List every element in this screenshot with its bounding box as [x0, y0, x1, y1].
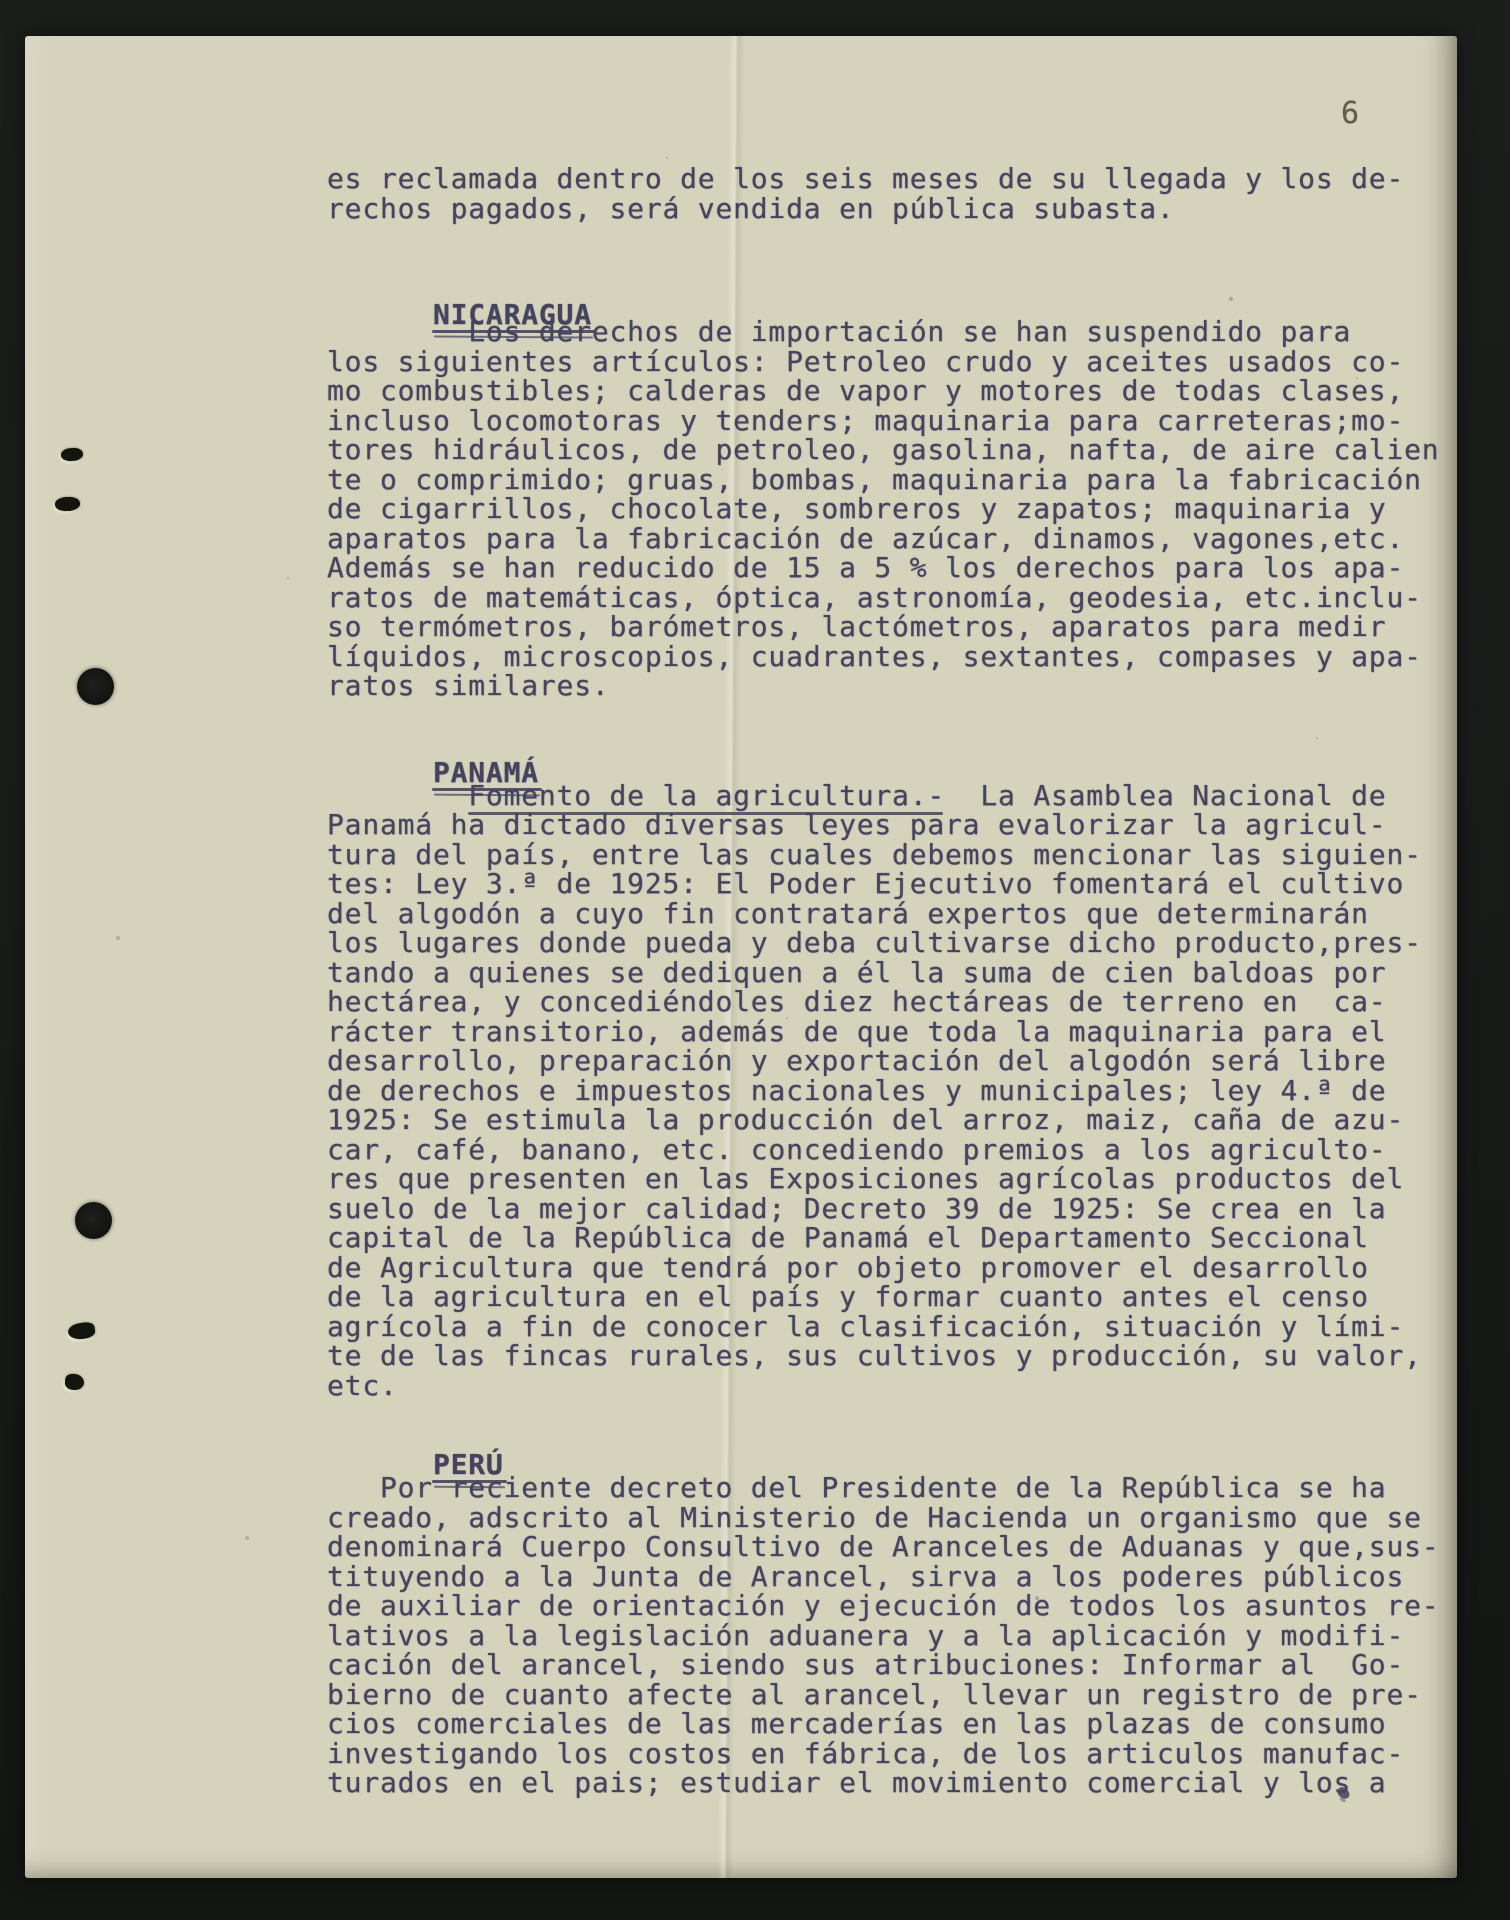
lead-underlined-phrase: Fomento de la agricultura.- [468, 781, 945, 811]
page-number: 6 [1341, 96, 1360, 131]
punch-hole-top [77, 668, 114, 705]
intro-paragraph: es reclamada dentro de los seis meses de… [327, 164, 1404, 223]
dust-specks [25, 36, 27, 38]
scan-background: 6 es reclamada dentro de los seis meses … [0, 0, 1510, 1920]
staple-mark [64, 1373, 84, 1390]
nicaragua-paragraph: Los derechos de importación se han suspe… [327, 317, 1439, 701]
staple-mark [55, 496, 81, 511]
panama-lead-line: Fomento de la agricultura.- La Asamblea … [327, 781, 1386, 811]
document-page: 6 es reclamada dentro de los seis meses … [25, 36, 1457, 1878]
punch-hole-bottom [75, 1202, 112, 1239]
staple-mark [61, 447, 84, 462]
staple-mark [67, 1321, 96, 1341]
panama-paragraph: Panamá ha dictado diversas leyes para ev… [327, 810, 1422, 1400]
peru-paragraph: Por reciente decreto del Presidente de l… [327, 1473, 1439, 1798]
